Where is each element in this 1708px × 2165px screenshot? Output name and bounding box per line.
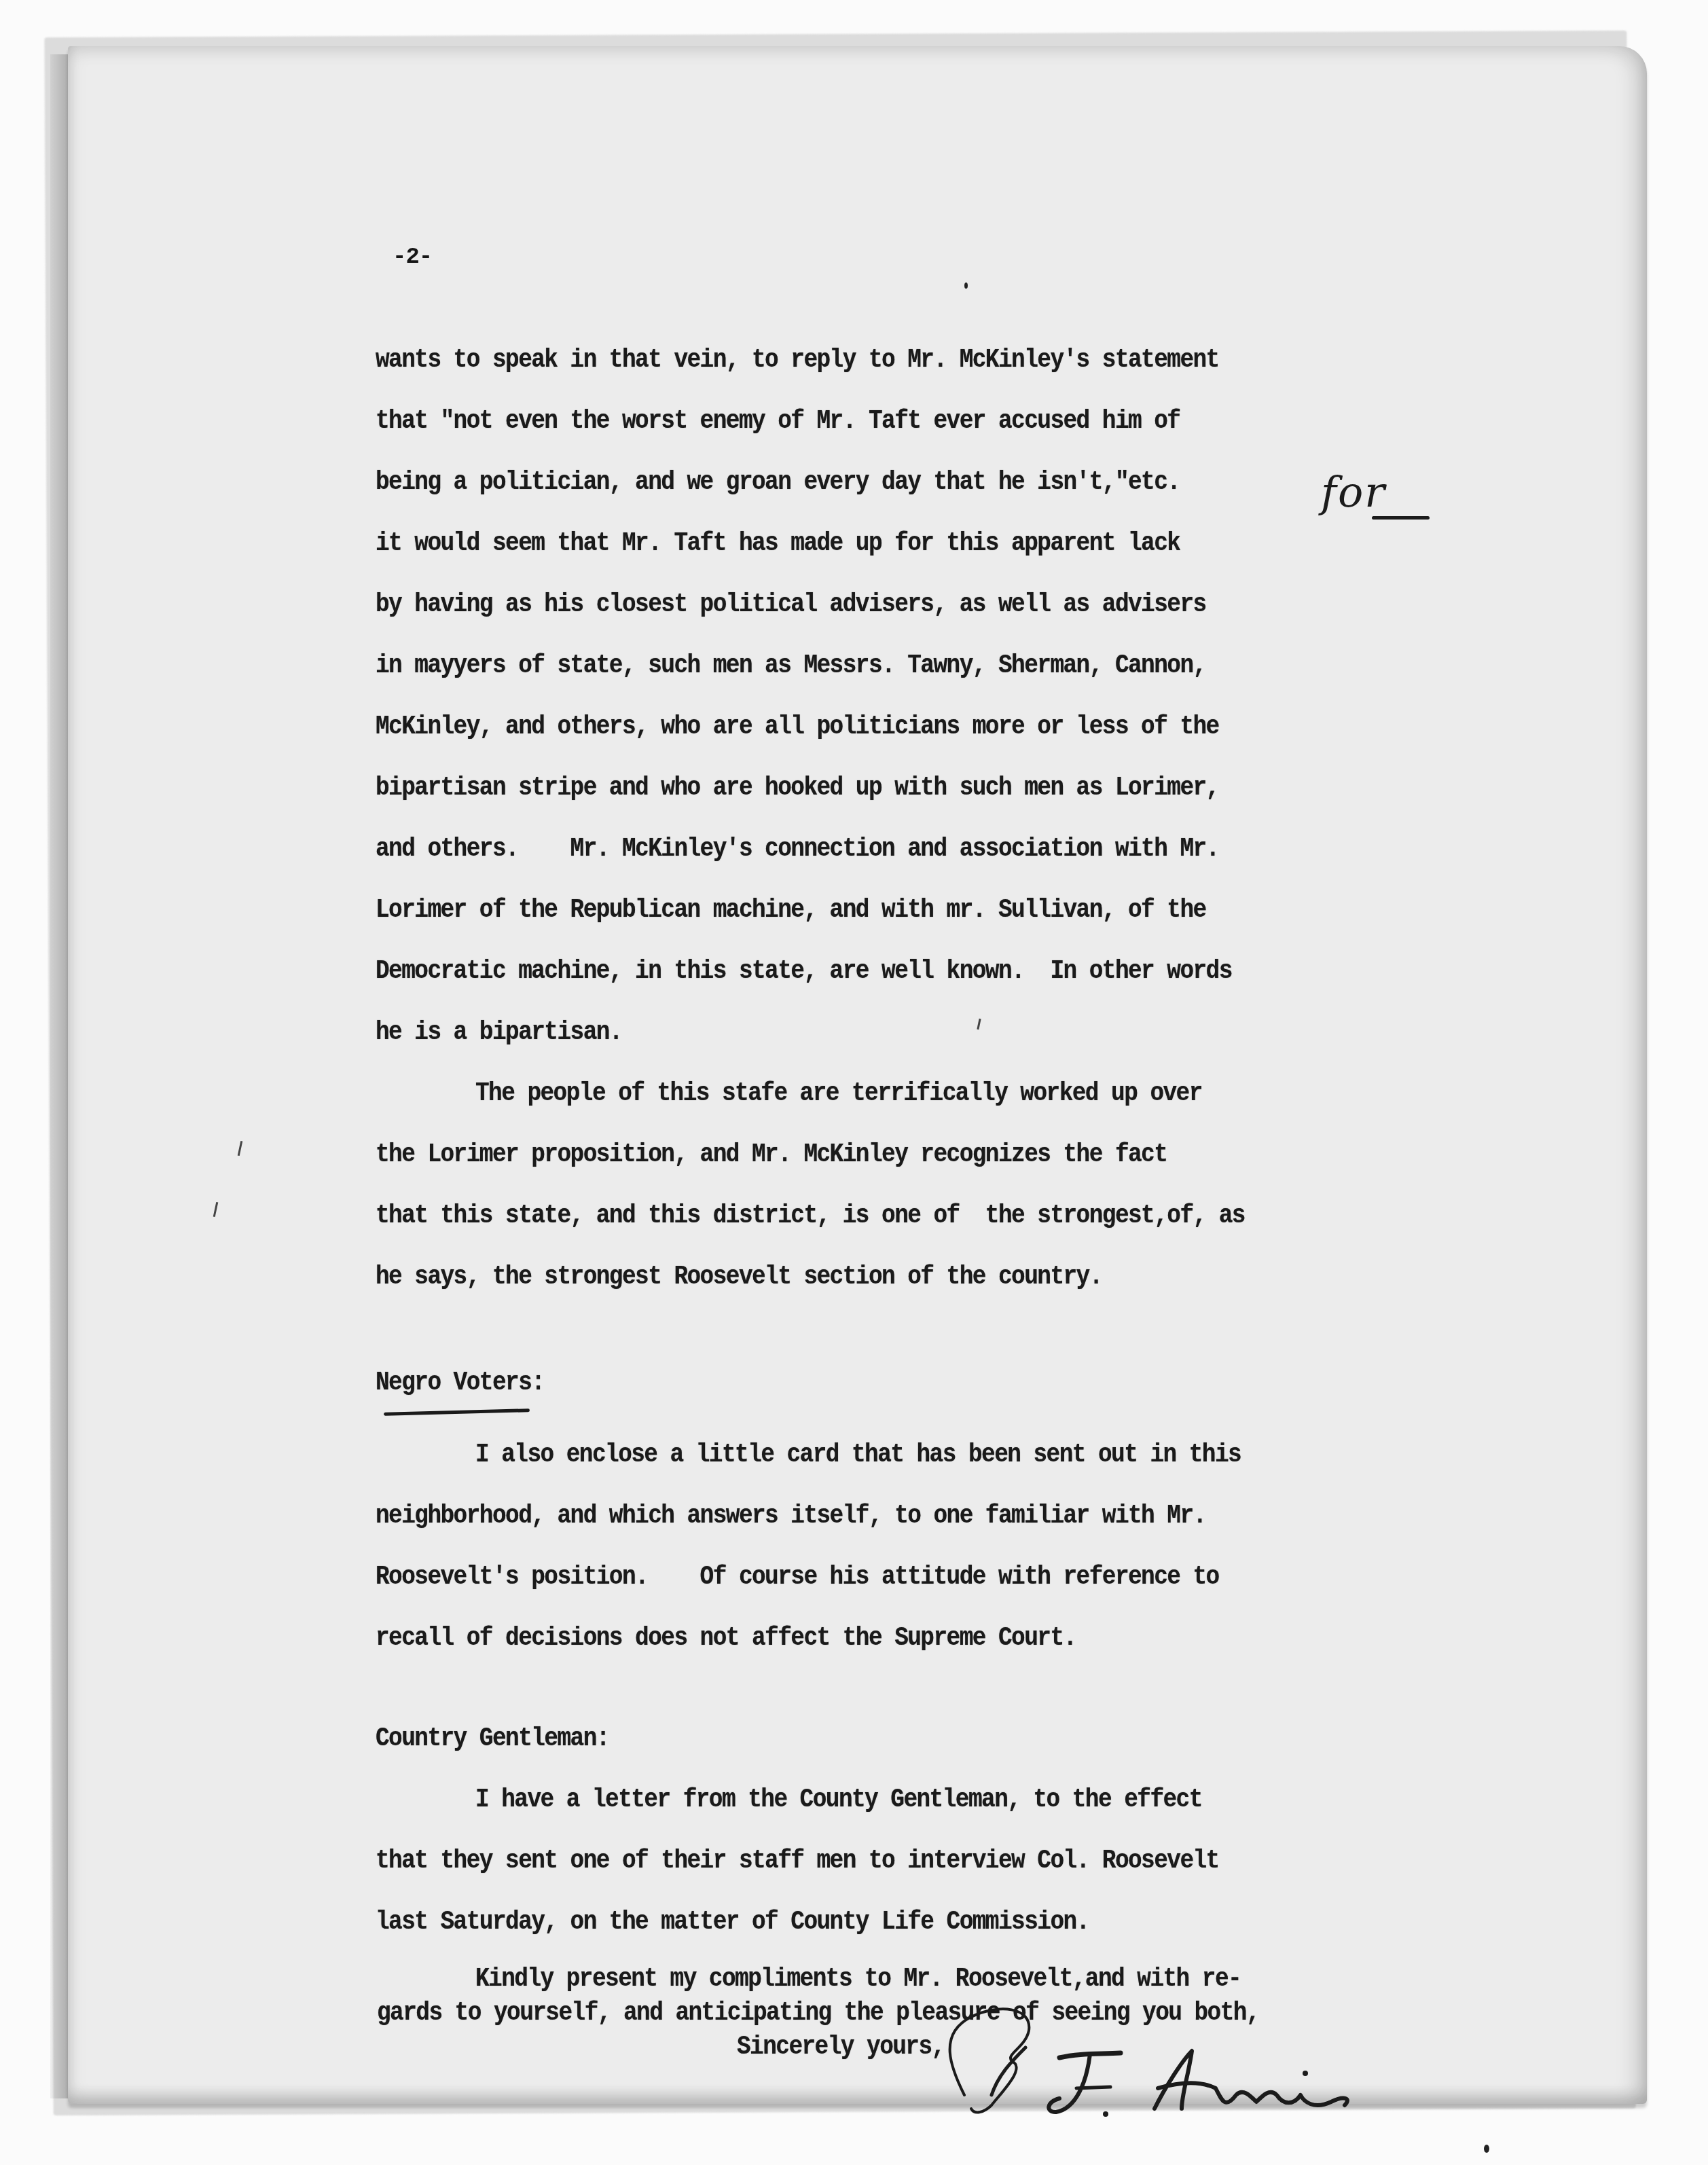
handwritten-underline <box>1372 516 1430 520</box>
page-number: -2- <box>393 244 432 270</box>
text-line: The people of this stafe are terrificall… <box>475 1081 1202 1108</box>
text-line: and others. Mr. McKinley's connection an… <box>376 837 1219 863</box>
page-edge-shadow <box>50 54 69 2098</box>
text-line: McKinley, and others, who are all politi… <box>376 714 1219 741</box>
text-line: bipartisan stripe and who are hooked up … <box>376 776 1219 802</box>
text-line: Roosevelt's position. Of course his atti… <box>376 1565 1219 1591</box>
paper-speck <box>1484 2145 1489 2153</box>
text-line: Lorimer of the Republican machine, and w… <box>376 898 1206 924</box>
section-heading: Country Gentleman: <box>376 1726 609 1753</box>
text-line: by having as his closest political advis… <box>376 592 1206 619</box>
salutation: Sincerely yours, <box>737 2035 945 2061</box>
text-line: the Lorimer proposition, and Mr. McKinle… <box>376 1142 1167 1169</box>
text-line: it would seem that Mr. Taft has made up … <box>376 531 1180 558</box>
text-line: neighborhood, and which answers itself, … <box>376 1504 1206 1530</box>
section-heading: Negro Voters: <box>376 1370 544 1397</box>
text-line: being a politician, and we groan every d… <box>376 470 1180 496</box>
text-line: that they sent one of their staff men to… <box>376 1849 1219 1875</box>
text-line: he says, the strongest Roosevelt section… <box>376 1265 1102 1291</box>
text-line: I also enclose a little card that has be… <box>475 1442 1241 1469</box>
handwritten-signature <box>924 1993 1385 2122</box>
text-line: in mayyers of state, such men as Messrs.… <box>376 653 1206 680</box>
text-line: that this state, and this district, is o… <box>376 1203 1245 1230</box>
text-line: recall of decisions does not affect the … <box>376 1626 1076 1652</box>
text-line: wants to speak in that vein, to reply to… <box>376 348 1219 374</box>
text-line: that "not even the worst enemy of Mr. Ta… <box>376 409 1180 435</box>
text-line: Democratic machine, in this state, are w… <box>376 959 1232 985</box>
paper-speck <box>964 283 968 289</box>
text-line: he is a bipartisan. <box>376 1020 622 1047</box>
handwritten-insertion: for <box>1321 467 1386 517</box>
text-line: I have a letter from the County Gentlema… <box>475 1787 1202 1814</box>
closing-line: Kindly present my compliments to Mr. Roo… <box>475 1967 1241 1993</box>
text-line: last Saturday, on the matter of County L… <box>376 1910 1089 1936</box>
